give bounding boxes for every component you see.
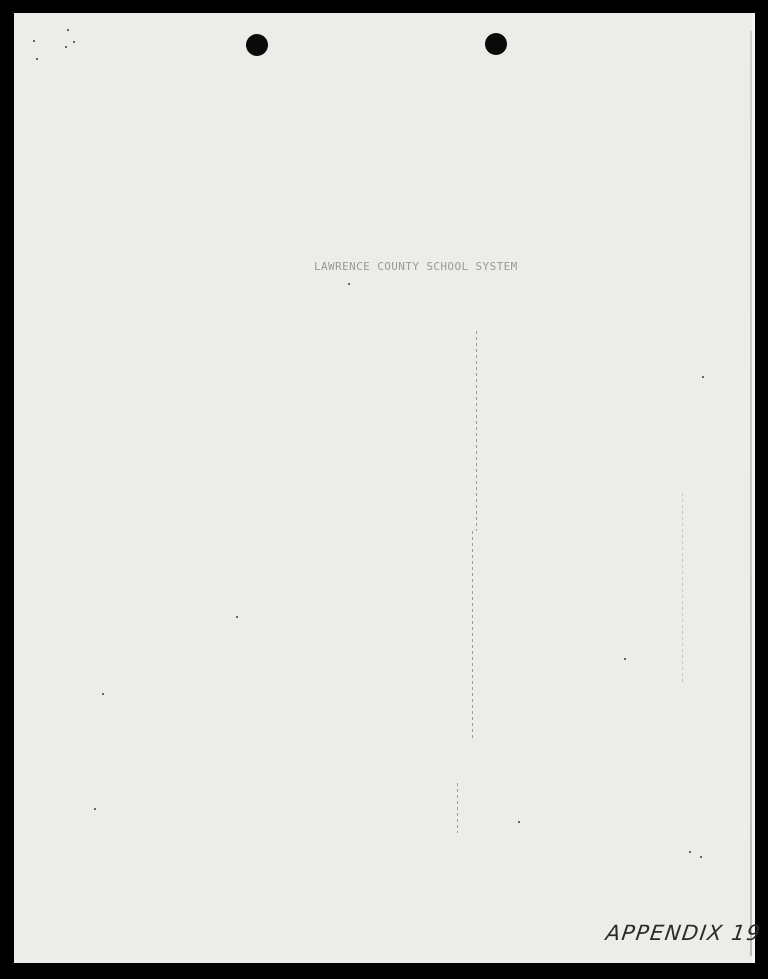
scan-artifact-line [476, 331, 477, 531]
scan-artifact-line [457, 783, 458, 833]
speck [73, 41, 75, 43]
speck [348, 283, 350, 285]
document-page: LAWRENCE COUNTY SCHOOL SYSTEM APPENDIX 1… [14, 13, 755, 963]
punch-hole-left [246, 34, 268, 56]
page-edge [752, 13, 755, 963]
speck [33, 40, 35, 42]
scan-artifact-line [682, 493, 683, 683]
appendix-annotation: APPENDIX 19 [604, 921, 763, 945]
speck [702, 376, 704, 378]
punch-hole-right [485, 33, 507, 55]
speck [67, 29, 69, 31]
speck [689, 851, 691, 853]
speck [94, 808, 96, 810]
speck [102, 693, 104, 695]
speck [700, 856, 702, 858]
scan-artifact-line [472, 531, 473, 741]
speck [36, 58, 38, 60]
speck [518, 821, 520, 823]
speck [236, 616, 238, 618]
document-title: LAWRENCE COUNTY SCHOOL SYSTEM [314, 260, 518, 273]
speck [624, 658, 626, 660]
speck [65, 46, 67, 48]
